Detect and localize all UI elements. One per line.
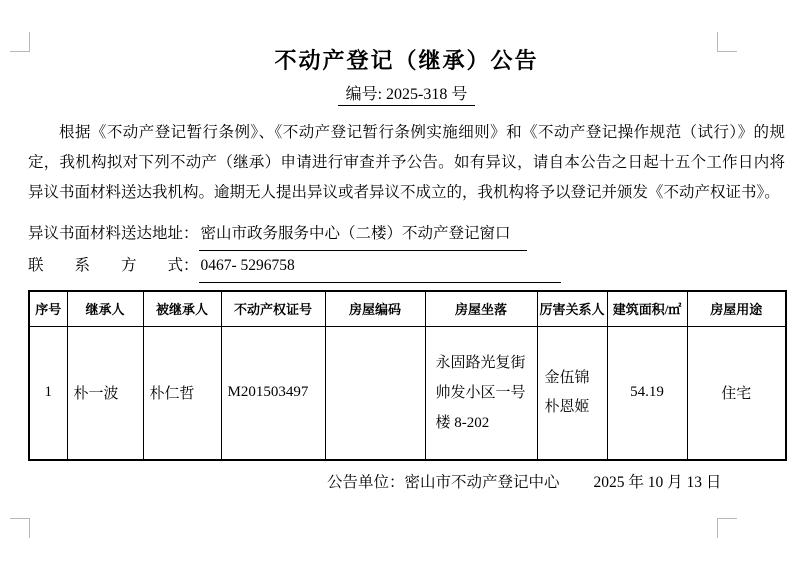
doc-number-line: 编号: 2025-318 号 xyxy=(28,84,785,106)
cell-heir: 朴一波 xyxy=(67,326,143,460)
header-serial-number: 序号 xyxy=(29,291,67,326)
body-paragraph: 根据《不动产登记暂行条例》、《不动产登记暂行条例实施细则》和《不动产登记操作规范… xyxy=(28,118,785,208)
footer-gap xyxy=(560,472,594,493)
header-house-code: 房屋编码 xyxy=(325,291,425,326)
cell-house-code xyxy=(325,326,425,460)
cell-serial-number: 1 xyxy=(29,326,67,460)
header-decedent: 被继承人 xyxy=(143,291,221,326)
header-building-area: 建筑面积/㎡ xyxy=(607,291,687,326)
address-line: 异议书面材料送达地址：密山市政务服务中心（二楼）不动产登记窗口 xyxy=(28,219,785,251)
cell-building-area: 54.19 xyxy=(607,326,687,460)
doc-number: 编号: 2025-318 号 xyxy=(338,86,476,106)
address-label: 异议书面材料送达地址： xyxy=(28,219,199,249)
cell-certificate-number: M201503497 xyxy=(221,326,325,460)
cell-interested-parties: 金伍锦 朴恩姬 xyxy=(537,326,607,460)
cell-decedent: 朴仁哲 xyxy=(143,326,221,460)
corner-mark-bottom-left xyxy=(10,518,30,538)
contact-label: 联 系 方 式： xyxy=(28,251,199,281)
header-heir: 继承人 xyxy=(67,291,143,326)
footer-date: 2025 年 10 月 13 日 xyxy=(594,472,722,493)
header-interested-parties: 厉害关系人 xyxy=(537,291,607,326)
document-content: 不动产登记（继承）公告 编号: 2025-318 号 根据《不动产登记暂行条例》… xyxy=(28,46,785,493)
contact-line: 联 系 方 式：0467- 5296758 xyxy=(28,251,785,283)
address-value: 密山市政务服务中心（二楼）不动产登记窗口 xyxy=(199,219,527,251)
header-house-usage: 房屋用途 xyxy=(687,291,786,326)
footer-line: 公告单位：密山市不动产登记中心 2025 年 10 月 13 日 xyxy=(28,472,785,493)
page-title: 不动产登记（继承）公告 xyxy=(28,46,785,75)
cell-house-usage: 住宅 xyxy=(687,326,786,460)
header-house-location: 房屋坐落 xyxy=(425,291,537,326)
contact-value: 0467- 5296758 xyxy=(199,251,561,283)
corner-mark-top-left xyxy=(10,32,30,52)
cell-house-location: 永固路光复街帅发小区一号楼 8-202 xyxy=(425,326,537,460)
document-page: 不动产登记（继承）公告 编号: 2025-318 号 根据《不动产登记暂行条例》… xyxy=(0,0,800,565)
table-row: 1 朴一波 朴仁哲 M201503497 永固路光复街帅发小区一号楼 8-202… xyxy=(29,326,786,460)
header-certificate-number: 不动产权证号 xyxy=(221,291,325,326)
footer-unit: 公告单位：密山市不动产登记中心 xyxy=(327,472,560,493)
announcement-table: 序号 继承人 被继承人 不动产权证号 房屋编码 房屋坐落 厉害关系人 建筑面积/… xyxy=(28,290,787,461)
table-header-row: 序号 继承人 被继承人 不动产权证号 房屋编码 房屋坐落 厉害关系人 建筑面积/… xyxy=(29,291,786,326)
corner-mark-bottom-right xyxy=(717,518,737,538)
